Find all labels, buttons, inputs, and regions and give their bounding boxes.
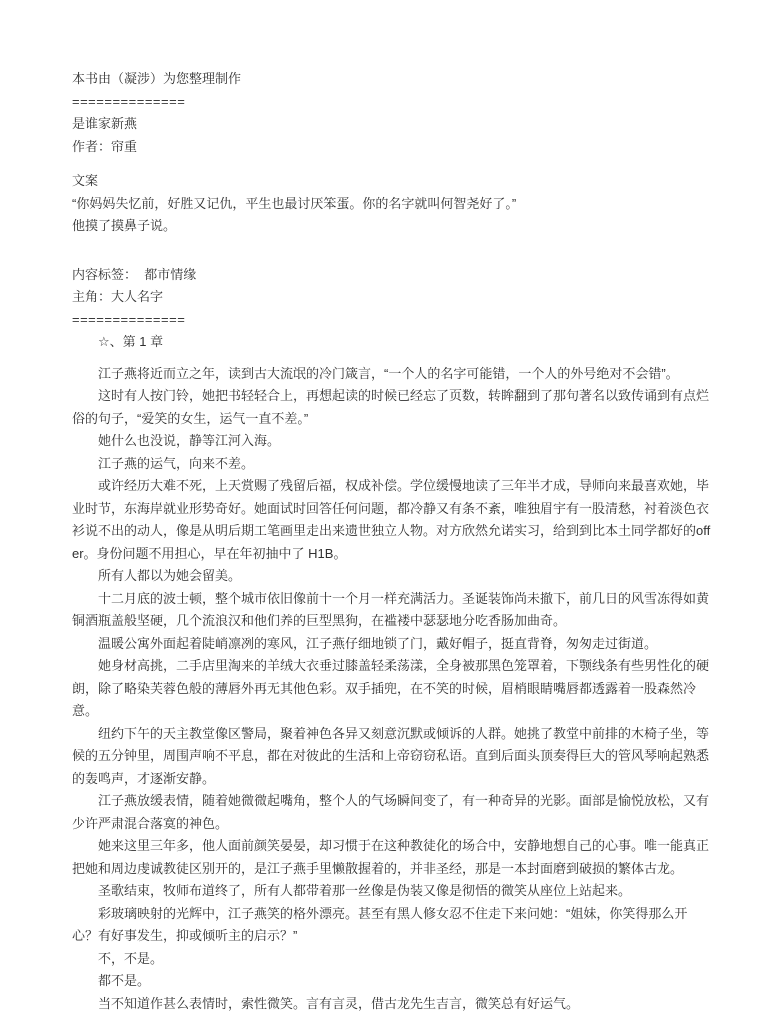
tags-line: 内容标签： 都市情缘 [72,264,712,287]
body-paragraph: 彩玻璃映射的光辉中，江子燕笑的格外漂亮。甚至有黑人修女忍不住走下来问她：“姐妹，… [72,903,712,948]
chapter-body: 江子燕将近而立之年，读到古大流氓的冷门箴言，“一个人的名字可能错，一个人的外号绝… [72,363,712,1016]
synopsis-line: 他摸了摸鼻子说。 [72,215,712,238]
body-paragraph: 她什么也没说，静等江河入海。 [72,430,712,453]
divider-top: ============== [72,91,712,114]
body-paragraph: 江子燕将近而立之年，读到古大流氓的冷门箴言，“一个人的名字可能错，一个人的外号绝… [72,363,712,386]
file-header: 本书由（凝涉）为您整理制作 ============== 是谁家新燕 作者：帘重 [72,68,712,158]
credit-line: 本书由（凝涉）为您整理制作 [72,68,712,91]
body-paragraph: 温暖公寓外面起着陡峭凛冽的寒风，江子燕仔细地锁了门，戴好帽子，挺直背脊，匆匆走过… [72,633,712,656]
body-paragraph: 十二月底的波士顿，整个城市依旧像前十一个月一样充满活力。圣诞装饰尚未撤下，前几日… [72,588,712,633]
body-paragraph: 不，不是。 [72,948,712,971]
body-paragraph: 她来这里三年多，他人面前颜笑晏晏，却习惯于在这种教徒化的场合中，安静地想自己的心… [72,835,712,880]
synopsis-line: “你妈妈失忆前，好胜又记仇，平生也最讨厌笨蛋。你的名字就叫何智尧好了。” [72,193,712,216]
body-paragraph: 所有人都以为她会留美。 [72,565,712,588]
book-title: 是谁家新燕 [72,113,712,136]
synopsis-label: 文案 [72,170,712,193]
author-line: 作者：帘重 [72,136,712,159]
meta-section: 内容标签： 都市情缘 主角：大人名字 ============== [72,264,712,332]
body-paragraph: 当不知道作甚么表情时，索性微笑。言有言灵，借古龙先生吉言，微笑总有好运气。 [72,993,712,1016]
body-paragraph: 都不是。 [72,970,712,993]
body-paragraph: 江子燕放缓表情，随着她微微起嘴角，整个人的气场瞬间变了，有一种奇异的光影。面部是… [72,790,712,835]
synopsis-lines: “你妈妈失忆前，好胜又记仇，平生也最讨厌笨蛋。你的名字就叫何智尧好了。”他摸了摸… [72,193,712,238]
body-paragraph: 她身材高挑，二手店里淘来的羊绒大衣垂过膝盖轻柔荡漾，全身被那黑色笼罩着，下颚线条… [72,655,712,723]
protagonist-line: 主角：大人名字 [72,286,712,309]
body-paragraph: 江子燕的运气，向来不差。 [72,453,712,476]
divider-bottom: ============== [72,309,712,332]
body-paragraph: 这时有人按门铃，她把书轻轻合上，再想起读的时候已经忘了页数，转眸翻到了那句著名以… [72,385,712,430]
body-paragraph: 或许经历大难不死，上天赏赐了残留后福，权成补偿。学位缓慢地读了三年半才成，导师向… [72,475,712,565]
document-page: 本书由（凝涉）为您整理制作 ============== 是谁家新燕 作者：帘重… [0,0,768,1024]
body-paragraph: 圣歌结束，牧师布道终了，所有人都带着那一丝像是伪装又像是彻悟的微笑从座位上站起来… [72,880,712,903]
synopsis-section: 文案 “你妈妈失忆前，好胜又记仇，平生也最讨厌笨蛋。你的名字就叫何智尧好了。”他… [72,170,712,238]
chapter-heading: ☆、第 1 章 [72,331,712,354]
body-paragraph: 纽约下午的天主教堂像区警局，聚着神色各异又刻意沉默或倾诉的人群。她挑了教堂中前排… [72,723,712,791]
